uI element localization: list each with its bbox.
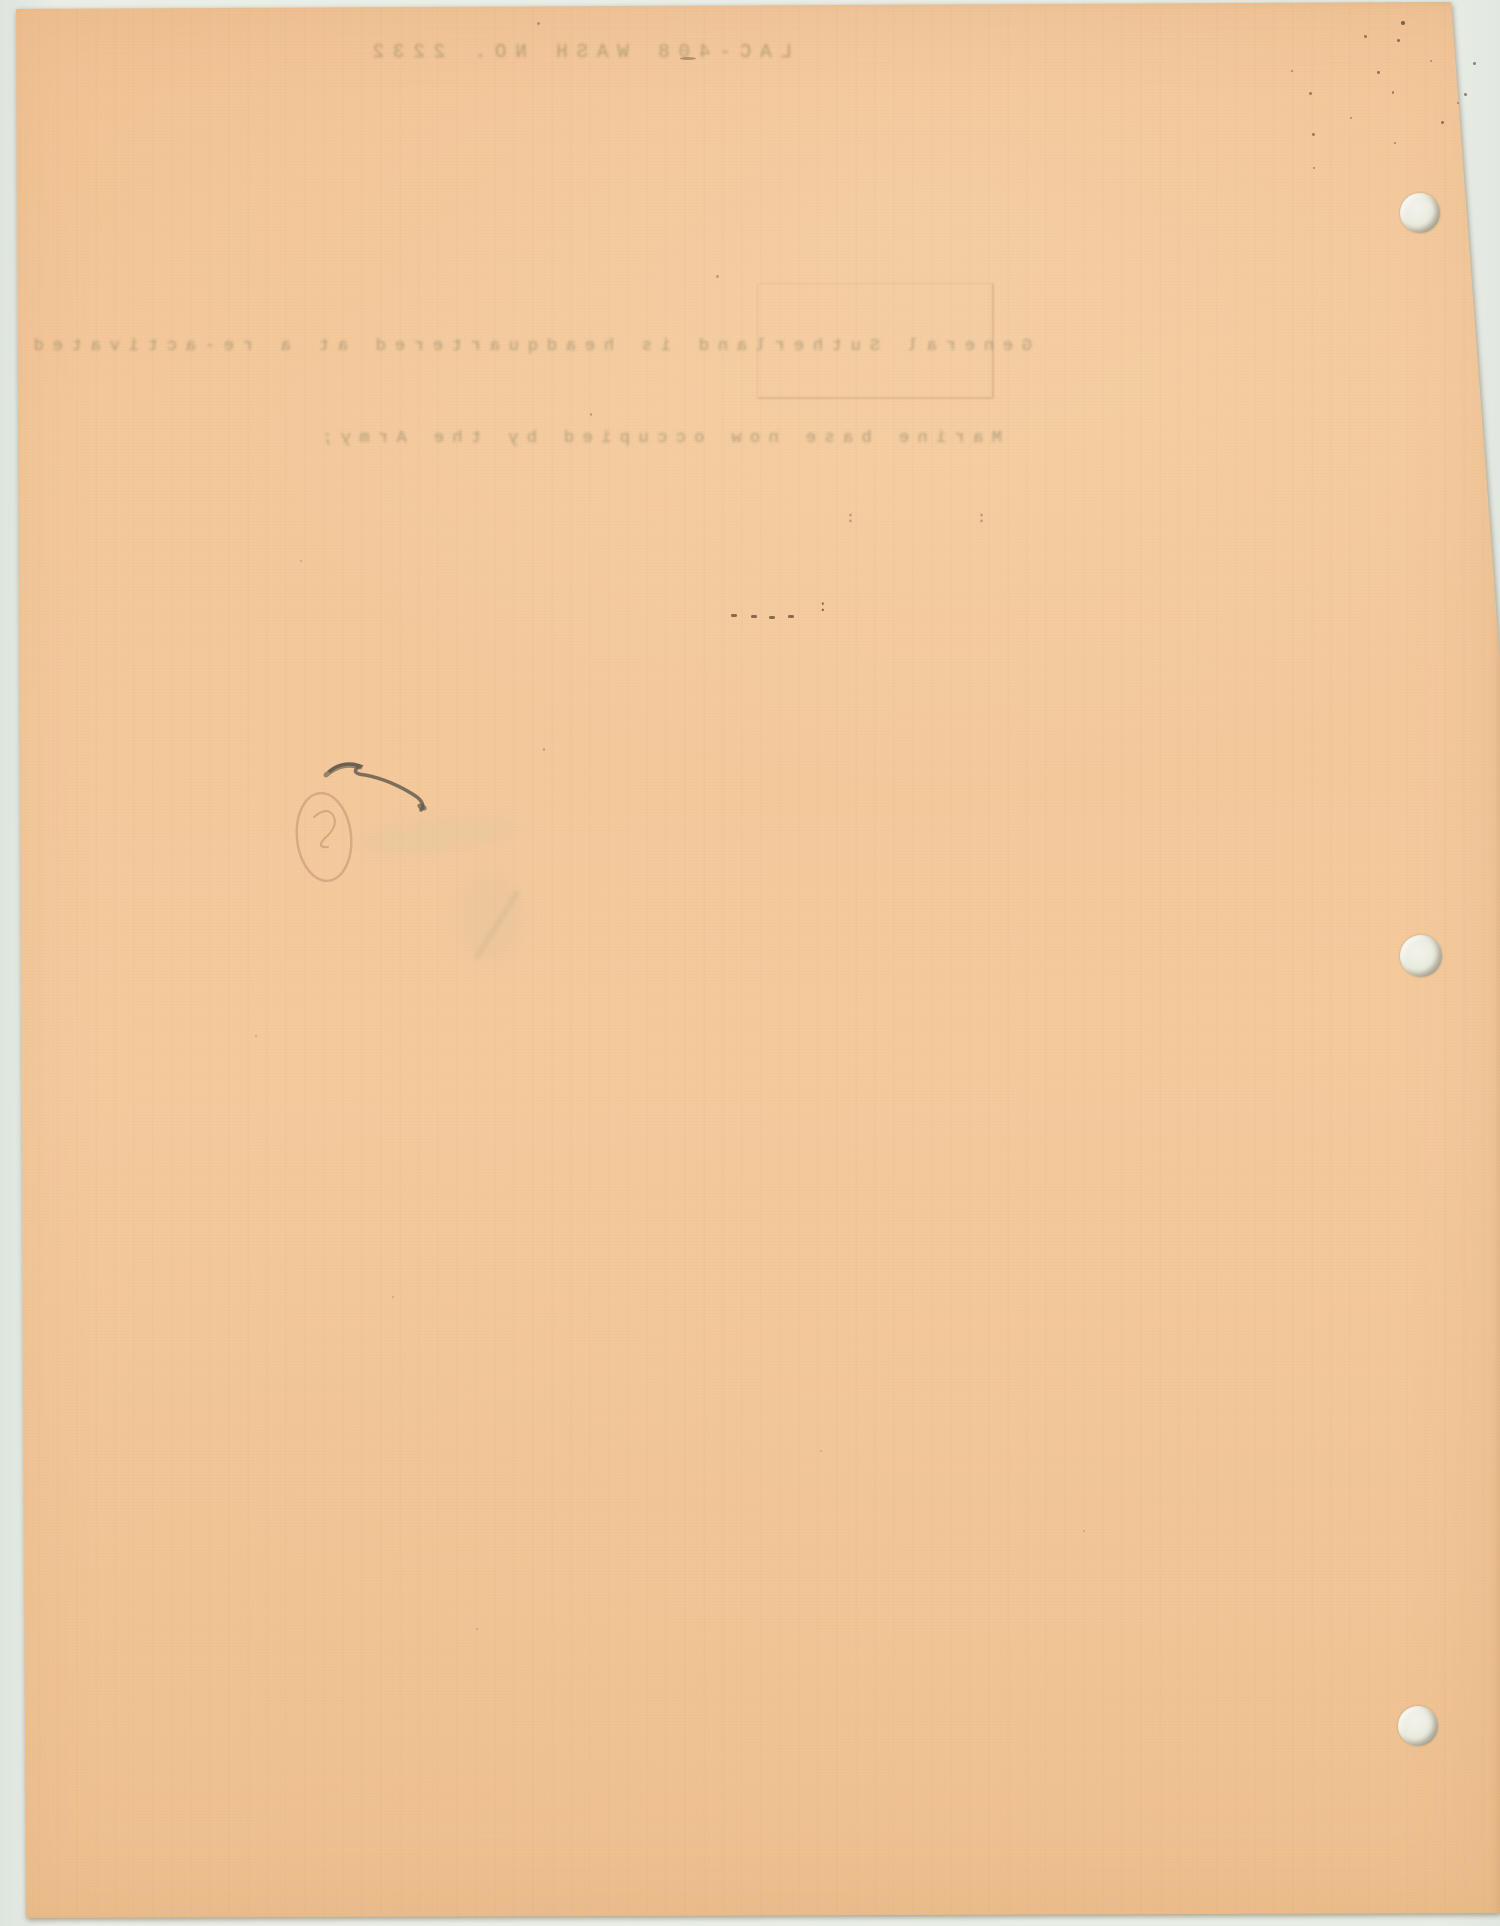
paper-texture-highlight <box>0 0 1500 1926</box>
foxing-speck <box>1441 121 1444 124</box>
ink-dot <box>751 615 757 618</box>
paper-fleck <box>543 748 545 751</box>
foxing-speck <box>1291 70 1293 72</box>
bleed-colon-mark-2: : <box>977 510 986 527</box>
punch-hole <box>1398 1706 1438 1746</box>
foxing-speck <box>1464 93 1467 96</box>
bleed-colon-mark-1: : <box>846 510 855 527</box>
ink-dot <box>788 615 794 618</box>
ink-dot <box>731 614 737 617</box>
paper-fleck <box>392 1296 394 1298</box>
foxing-speck <box>1313 167 1315 169</box>
foxing-speck <box>1309 92 1312 95</box>
paper-fleck <box>590 413 592 416</box>
smudge-mark-2 <box>455 870 525 965</box>
paper-fleck <box>300 560 302 562</box>
foxing-speck <box>1394 142 1396 144</box>
foxing-speck <box>1473 62 1476 65</box>
bleed-through-line-2: Marine base now occupied by the Army; <box>314 429 1002 448</box>
ink-dot <box>769 616 775 619</box>
foxing-speck <box>1364 35 1367 38</box>
foxing-speck <box>1312 133 1315 136</box>
scanned-document: LAC-408 WASH NO. 2232 General Sutherland… <box>0 0 1500 1926</box>
paper-fleck <box>716 275 719 278</box>
bleed-through-header: LAC-408 WASH NO. 2232 <box>364 41 792 63</box>
punch-hole <box>1400 935 1442 977</box>
paper-fleck <box>820 1450 822 1452</box>
foxing-speck <box>1377 71 1380 74</box>
paper-fleck <box>537 22 540 25</box>
foxing-speck <box>1430 60 1432 62</box>
foxing-speck <box>1350 117 1352 119</box>
paper-fleck <box>476 1628 478 1630</box>
foxing-speck <box>1397 39 1400 42</box>
foxing-speck <box>1457 102 1459 104</box>
foxing-speck <box>1392 91 1394 94</box>
paper-fleck <box>1083 1530 1085 1532</box>
foxing-speck <box>1401 21 1405 25</box>
paper-grain-texture <box>0 0 1500 1926</box>
paper-shadow: LAC-408 WASH NO. 2232 General Sutherland… <box>0 0 1500 1926</box>
paper-sheet: LAC-408 WASH NO. 2232 General Sutherland… <box>0 0 1500 1926</box>
paper-fleck <box>255 1035 257 1037</box>
ink-colon: : <box>818 598 828 616</box>
paper-fleck <box>680 57 696 60</box>
punch-hole <box>1400 193 1440 233</box>
paper-texture-tint <box>0 0 1500 1926</box>
embossed-stamp-outline <box>757 283 994 399</box>
